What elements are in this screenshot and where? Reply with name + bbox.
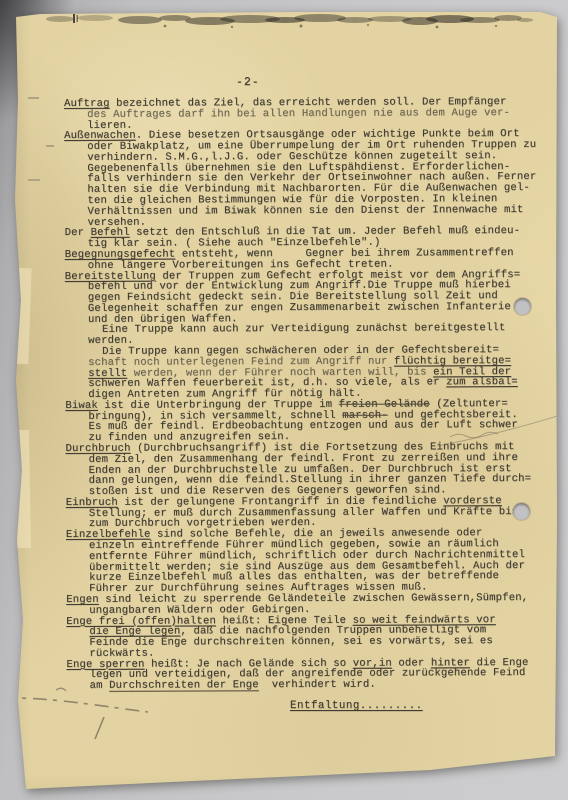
top-edge-smudge bbox=[0, 0, 568, 46]
text-line: Eine Truppe kann auch zur Verteidigung z… bbox=[65, 323, 551, 336]
text-line: am Durchschreiten der Enge verhindert wi… bbox=[67, 679, 553, 692]
left-edge-tear-patch bbox=[14, 430, 31, 548]
typewritten-text: Auftrag bezeichnet das Ziel, das erreich… bbox=[64, 97, 553, 692]
left-edge-tear-patch bbox=[11, 268, 31, 365]
document-page: -2- Auftrag bezeichnet das Ziel, das err… bbox=[0, 0, 568, 800]
page-number: -2- bbox=[236, 76, 260, 89]
hole-punch-bottom bbox=[513, 503, 530, 520]
hole-punch-top bbox=[514, 298, 531, 315]
scanned-page-wrapper: -2- Auftrag bezeichnet das Ziel, das err… bbox=[0, 0, 568, 800]
text-line: des Auftrages darf ihn bei allen Handlun… bbox=[64, 108, 550, 121]
closing-word: Entfaltung......... bbox=[290, 700, 423, 712]
